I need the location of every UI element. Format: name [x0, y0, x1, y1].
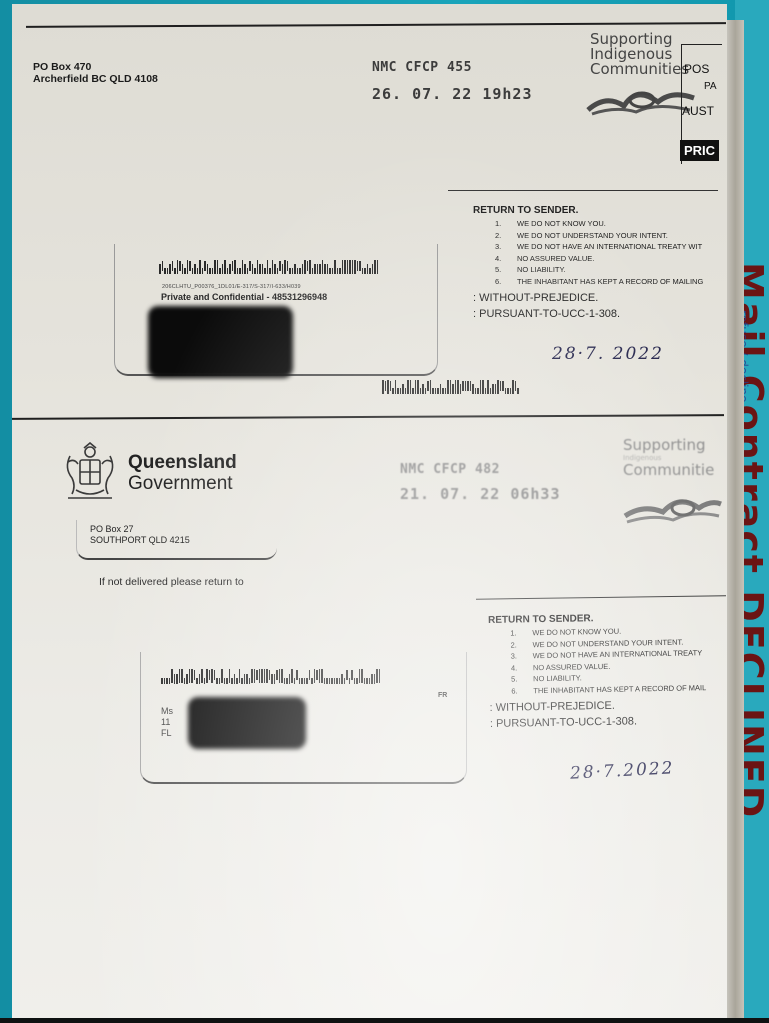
return-address-window: PO Box 27 SOUTHPORT QLD 4215 — [76, 520, 277, 560]
postal-barcode — [159, 260, 378, 274]
rts-item: 5.NO LIABILITY. — [489, 670, 706, 685]
sender-address-line: Archerfield BC QLD 4108 — [33, 73, 158, 85]
rts-item: 4.NO ASSURED VALUE. — [489, 659, 706, 674]
rts-item: 1.WE DO NOT KNOW YOU. — [488, 624, 705, 639]
queensland-government-logo: Queensland Government — [128, 453, 237, 495]
recipient-redaction — [188, 697, 306, 749]
bottom-stamp: Supporting Indigenous Communitie — [623, 438, 714, 478]
postal-barcode — [382, 380, 519, 394]
private-confidential-line: Private and Confidential - 48531296948 — [161, 292, 327, 302]
rts-item: 3.WE DO NOT HAVE AN INTERNATIONAL TREATY… — [473, 241, 703, 253]
rts-item: 4.NO ASSURED VALUE. — [473, 253, 703, 265]
fr-label: FR — [438, 692, 447, 699]
bottom-address-window: FR Ms 11 FL — [140, 652, 467, 784]
rts-clause: : PURSUANT-TO-UCC-1-308. — [473, 306, 703, 322]
return-address: PO Box 27 SOUTHPORT QLD 4215 — [90, 524, 190, 546]
priority-label: PRIC — [680, 140, 719, 161]
bottom-border — [0, 1018, 769, 1023]
sender-address-line: PO Box 470 — [33, 61, 158, 73]
postal-barcode — [161, 668, 380, 684]
rts-list: 1.WE DO NOT KNOW YOU.2.WE DO NOT UNDERST… — [473, 218, 703, 287]
top-address-window: 206CLHTU_P00376_1DL01/E-317/S-317/I-633/… — [114, 244, 438, 376]
top-sender-address: PO Box 470 Archerfield BC QLD 4108 — [33, 61, 158, 85]
rts-clause: : WITHOUT-PREJEDICE. — [473, 290, 703, 306]
bottom-postmark: NMC CFCP 482 21. 07. 22 06h33 — [400, 462, 561, 503]
rts-item: 3.WE DO NOT HAVE AN INTERNATIONAL TREATY — [489, 647, 706, 662]
envelope-separator — [12, 414, 724, 420]
rts-list: 1.WE DO NOT KNOW YOU.2.WE DO NOT UNDERST… — [488, 624, 706, 697]
rts-item: 2.WE DO NOT UNDERSTAND YOUR INTENT. — [473, 230, 703, 242]
rts-item: 2.WE DO NOT UNDERSTAND YOUR INTENT. — [488, 636, 705, 651]
rts-item: 6.THE INHABITANT HAS KEPT A RECORD OF MA… — [473, 276, 703, 288]
top-return-to-sender-stamp: RETURN TO SENDER. 1.WE DO NOT KNOW YOU.2… — [473, 205, 703, 322]
sort-code: 206CLHTU_P00376_1DL01/E-317/S-317/I-633/… — [162, 284, 301, 290]
queensland-coat-of-arms-icon — [62, 442, 118, 500]
bottom-divider-line — [476, 595, 726, 599]
top-handwritten-date: 28·7. 2022 — [552, 344, 664, 364]
rts-clause: : PURSUANT-TO-UCC-1-308. — [490, 712, 707, 732]
photocopy-page: PO Box 470 Archerfield BC QLD 4108 NMC C… — [12, 4, 727, 1018]
rts-heading: RETURN TO SENDER. — [473, 205, 703, 216]
rts-item: 1.WE DO NOT KNOW YOU. — [473, 218, 703, 230]
rts-clause: : WITHOUT-PREJEDICE. — [489, 696, 706, 716]
stamp-wave-artwork-icon — [586, 84, 696, 116]
top-stamp: Supporting Indigenous Communities — [590, 32, 689, 77]
top-edge-line — [26, 22, 726, 28]
stamp-wave-artwork-icon — [623, 492, 723, 524]
top-postmark: NMC CFCP 455 26. 07. 22 19h23 — [372, 60, 533, 103]
rts-heading: RETURN TO SENDER. — [488, 611, 705, 626]
return-note: If not delivered please return to — [99, 576, 244, 588]
rts-item: 5.NO LIABILITY. — [473, 264, 703, 276]
rts-item: 6.THE INHABITANT HAS KEPT A RECORD OF MA… — [489, 682, 706, 697]
bottom-return-to-sender-stamp: RETURN TO SENDER. 1.WE DO NOT KNOW YOU.2… — [488, 611, 707, 732]
bottom-handwritten-date: 28·7.2022 — [570, 758, 675, 783]
postage-paid-box: POS PA AUST — [681, 44, 682, 164]
top-divider-line — [448, 190, 718, 191]
recipient-redaction — [148, 306, 293, 378]
